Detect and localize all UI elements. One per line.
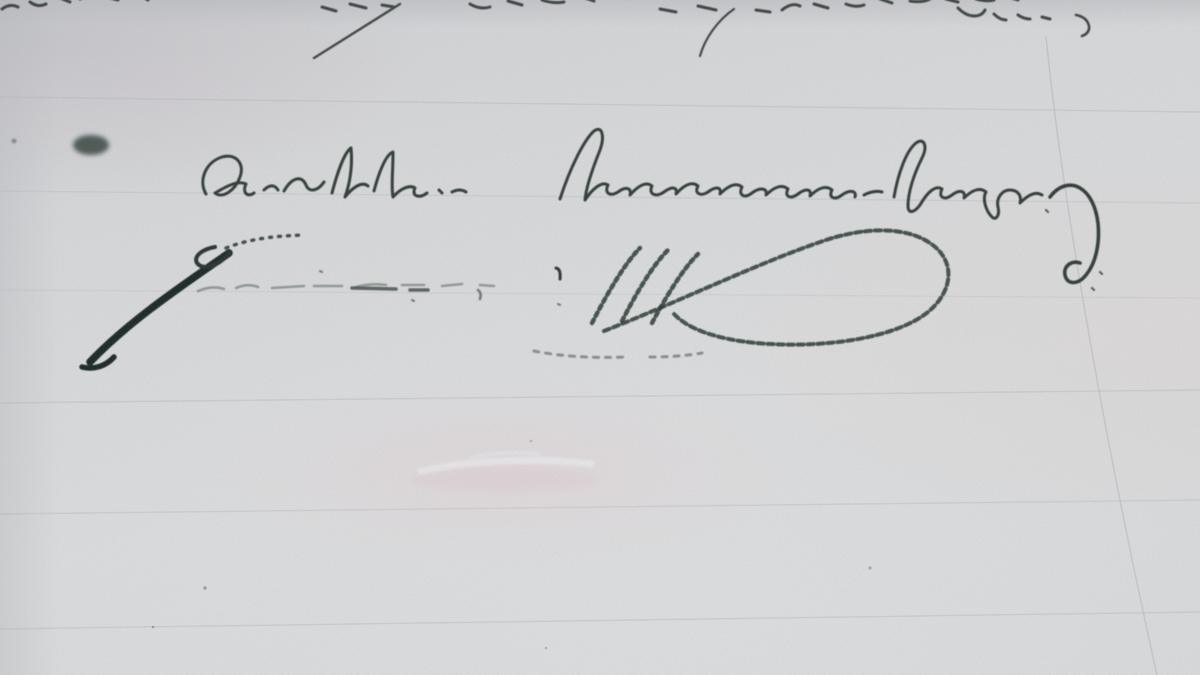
paper-grain-texture — [0, 0, 1200, 675]
manuscript-artwork — [0, 0, 1200, 675]
manuscript-photo: … alle parte; con la patrocinación … Qui… — [0, 0, 1200, 675]
